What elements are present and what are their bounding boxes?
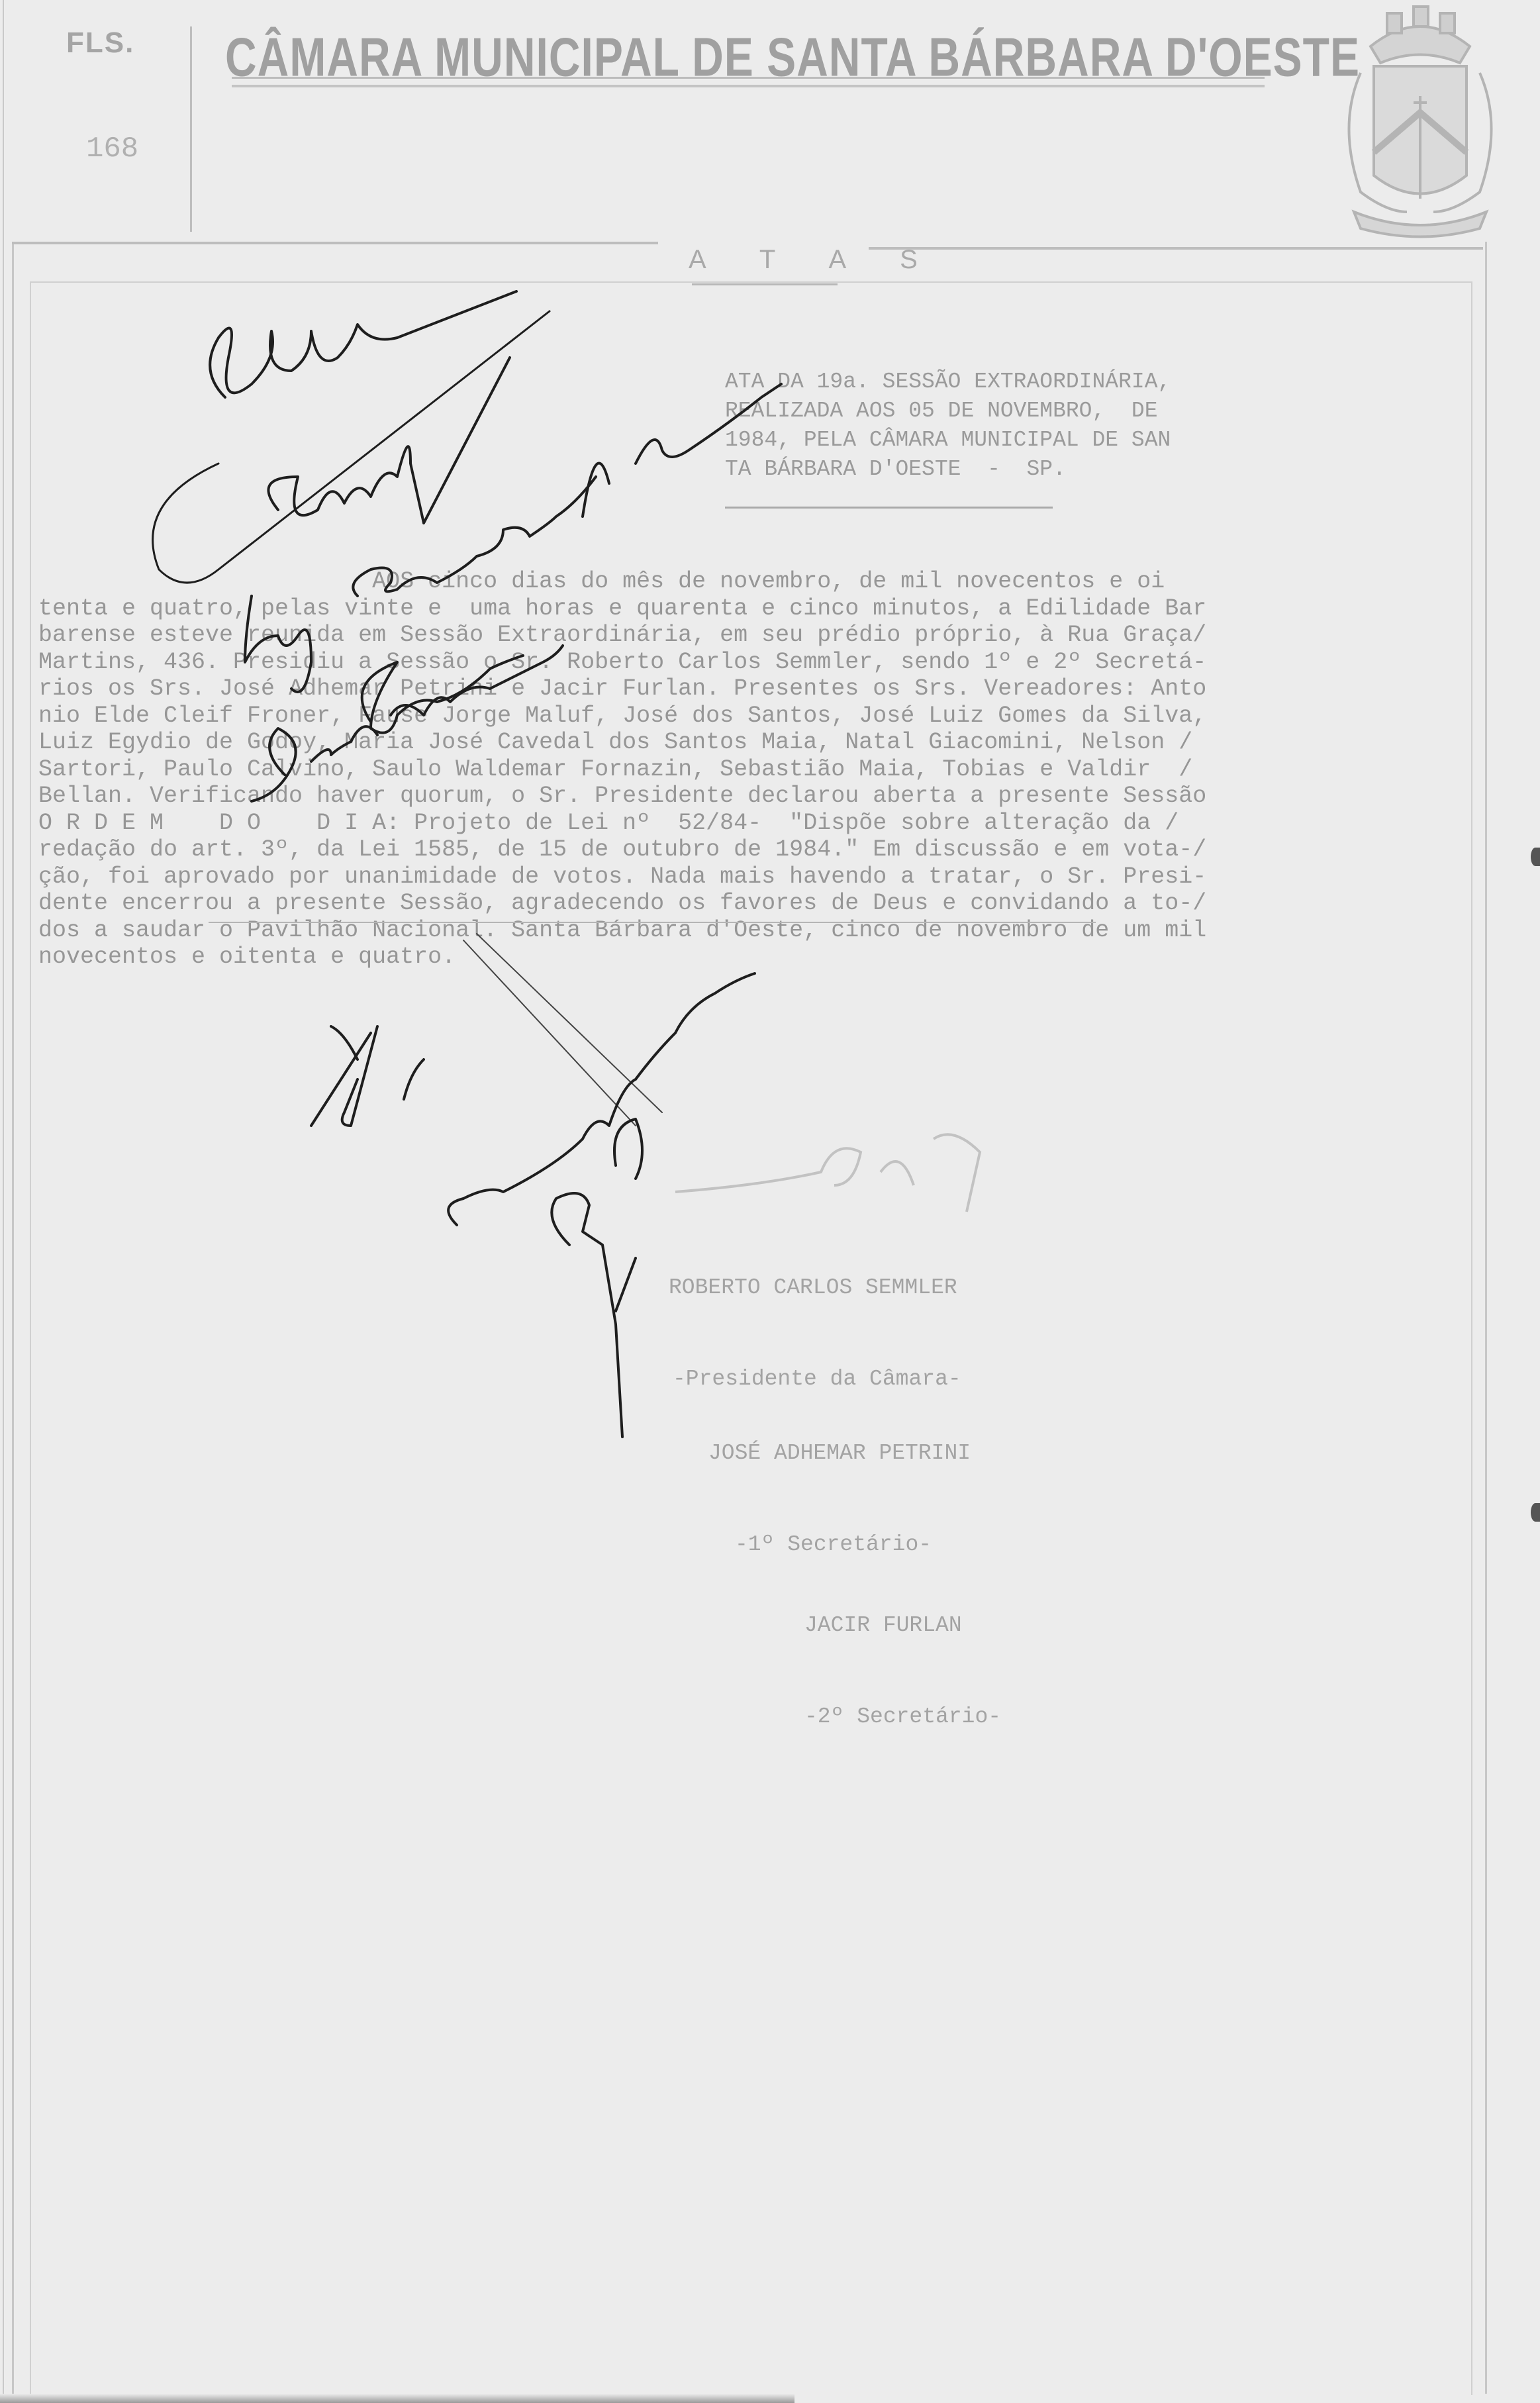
- body-line: redação do art. 3º, da Lei 1585, de 15 d…: [38, 836, 1124, 863]
- signatory-name: JOSÉ ADHEMAR PETRINI: [708, 1438, 971, 1469]
- body-line: Luiz Egydio de Godoy, Maria José Cavedal…: [38, 729, 1124, 756]
- signatory-name: JACIR FURLAN: [804, 1610, 1001, 1641]
- header-rule: [232, 77, 1265, 79]
- body-line: dos a saudar o Pavilhão Nacional. Santa …: [38, 917, 1124, 944]
- body-line: nio Elde Cleif Froner, Fause Jorge Maluf…: [38, 703, 1124, 730]
- body-line: Sartori, Paulo Calvino, Saulo Waldemar F…: [38, 756, 1124, 783]
- title-line: TA BÁRBARA D'OESTE - SP.: [725, 455, 1096, 484]
- folio-label: FLS.: [66, 26, 134, 60]
- body-line: Martins, 436. Presidiu a Sessão o Sr. Ro…: [38, 649, 1124, 676]
- title-line: REALIZADA AOS 05 DE NOVEMBRO, DE: [725, 397, 1096, 426]
- body-line: tenta e quatro, pelas vinte e uma horas …: [38, 595, 1124, 622]
- folio-divider: [190, 26, 192, 232]
- folio-column: FLS. 168: [0, 0, 192, 238]
- section-label: A T A S: [689, 245, 941, 275]
- order-of-day-underline: [209, 922, 1096, 923]
- body-line: ção, foi aprovado por unanimidade de vot…: [38, 863, 1124, 891]
- page-edge: [3, 0, 4, 2403]
- title-line: 1984, PELA CÂMARA MUNICIPAL DE SAN: [725, 426, 1096, 455]
- minutes-title: ATA DA 19a. SESSÃO EXTRAORDINÁRIA, REALI…: [725, 368, 1096, 484]
- order-of-day-line: O R D E M D O D I A: Projeto de Lei nº 5…: [38, 810, 1124, 837]
- page-shadow: [0, 2394, 794, 2403]
- frame-rule: [12, 242, 658, 244]
- signatory-second-secretary: JACIR FURLAN -2º Secretário-: [804, 1549, 1001, 1763]
- body-line: novecentos e oitenta e quatro.: [38, 944, 1124, 971]
- folio-number: 168: [86, 132, 138, 166]
- frame-rule: [869, 247, 1483, 250]
- body-line: barense esteve reunida em Sessão Extraor…: [38, 622, 1124, 649]
- body-line: dente encerrou a presente Sessão, agrade…: [38, 890, 1124, 917]
- minutes-body: AOS cinco dias do mês de novembro, de mi…: [38, 568, 1124, 971]
- coat-of-arms-icon: [1314, 0, 1526, 245]
- binding-hole-mark: [1531, 1503, 1540, 1522]
- binding-hole-mark: [1531, 848, 1540, 866]
- title-underline: [725, 507, 1053, 509]
- body-line: Bellan. Verificando haver quorum, o Sr. …: [38, 783, 1124, 810]
- title-line: ATA DA 19a. SESSÃO EXTRAORDINÁRIA,: [725, 368, 1096, 397]
- header-rule: [232, 85, 1265, 87]
- section-underline: [692, 283, 838, 285]
- signatory-name: ROBERTO CARLOS SEMMLER: [669, 1273, 961, 1303]
- body-line: rios os Srs. José Adhemar Petrini e Jaci…: [38, 675, 1124, 703]
- signatory-role: -2º Secretário-: [804, 1702, 1001, 1732]
- body-line: AOS cinco dias do mês de novembro, de mi…: [38, 568, 1124, 595]
